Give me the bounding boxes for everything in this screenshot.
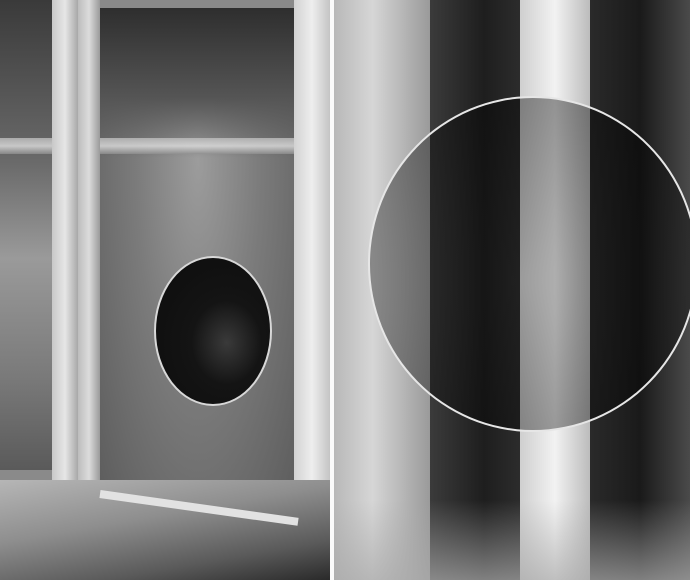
photograph [0, 0, 690, 580]
left-glass-pane [0, 0, 58, 470]
circular-glass-hole [154, 256, 272, 406]
window-crossbar [0, 138, 296, 154]
glass-reflection [100, 8, 296, 158]
window-mullion [52, 0, 78, 500]
window-sill [0, 480, 330, 580]
window-mullion-inner [78, 0, 100, 520]
right-panel-closeup [334, 0, 690, 580]
left-panel-window-view [0, 0, 330, 580]
bottom-haze [334, 500, 690, 580]
circular-cut-outline [368, 96, 690, 432]
